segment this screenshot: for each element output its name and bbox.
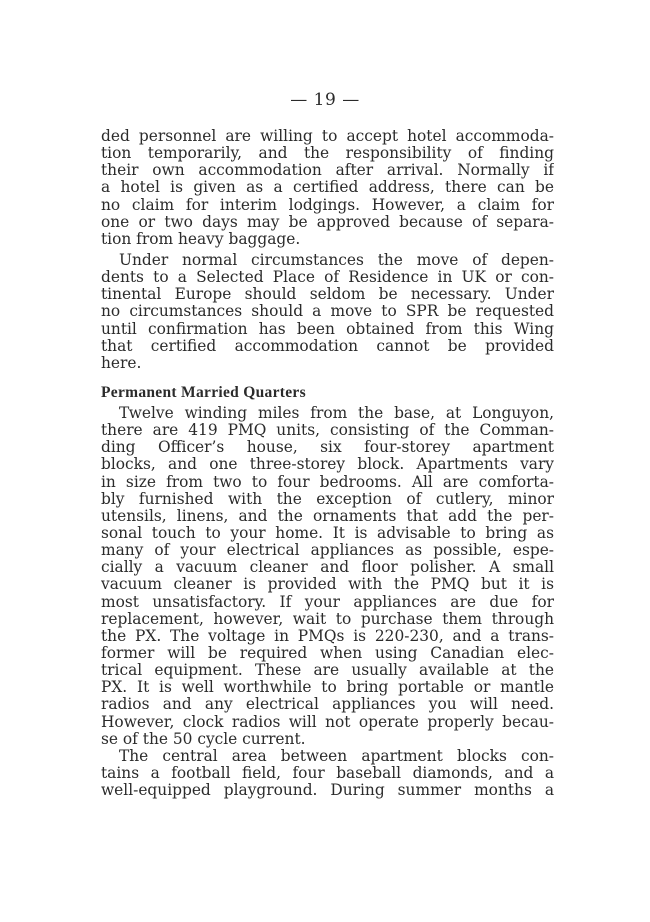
text-line: tion from heavy baggage. xyxy=(101,231,554,248)
text-line: cially a vacuum cleaner and floor polish… xyxy=(101,559,554,576)
text-line: tion temporarily, and the responsibility… xyxy=(101,145,554,162)
text-line: one or two days may be approved because … xyxy=(101,214,554,231)
text-line: radios and any electrical appliances you… xyxy=(101,696,554,713)
text-line: se of the 50 cycle current. xyxy=(101,731,554,748)
page-number: — 19 — xyxy=(0,90,650,110)
text-line: ding Officer’s house, six four-storey ap… xyxy=(101,439,554,456)
text-line: no circumstances should a move to SPR be… xyxy=(101,303,554,320)
text-line: the PX. The voltage in PMQs is 220-230, … xyxy=(101,628,554,645)
text-line: until confirmation has been obtained fro… xyxy=(101,321,554,338)
text-line: well-equipped playground. During summer … xyxy=(101,782,554,799)
text-line: blocks, and one three-storey block. Apar… xyxy=(101,456,554,473)
text-line: utensils, linens, and the ornaments that… xyxy=(101,508,554,525)
text-line: dents to a Selected Place of Residence i… xyxy=(101,269,554,286)
text-line: tinental Europe should seldom be necessa… xyxy=(101,286,554,303)
text-line: in size from two to four bedrooms. All a… xyxy=(101,474,554,491)
paragraph-pmq-section: Twelve winding miles from the base, at L… xyxy=(101,405,554,799)
paragraph-selected-place-of-residence: Under normal circumstances the move of d… xyxy=(101,252,554,372)
text-line: sonal touch to your home. It is advisabl… xyxy=(101,525,554,542)
text-line: most unsatisfactory. If your appliances … xyxy=(101,594,554,611)
text-line: here. xyxy=(101,355,554,372)
text-line: replacement, however, wait to purchase t… xyxy=(101,611,554,628)
text-line: many of your electrical appliances as po… xyxy=(101,542,554,559)
text-line: no claim for interim lodgings. However, … xyxy=(101,197,554,214)
text-line: a hotel is given as a certified address,… xyxy=(101,179,554,196)
paragraph-hotel-accommodation: ded personnel are willing to accept hote… xyxy=(101,128,554,248)
text-line: trical equipment. These are usually avai… xyxy=(101,662,554,679)
section-heading: Permanent Married Quarters xyxy=(101,384,306,402)
text-line: tains a football field, four baseball di… xyxy=(101,765,554,782)
text-line: their own accommodation after arrival. N… xyxy=(101,162,554,179)
text-line: that certified accommodation cannot be p… xyxy=(101,338,554,355)
text-line: Twelve winding miles from the base, at L… xyxy=(101,405,554,422)
text-line: bly furnished with the exception of cutl… xyxy=(101,491,554,508)
text-line: PX. It is well worthwhile to bring porta… xyxy=(101,679,554,696)
text-line: former will be required when using Canad… xyxy=(101,645,554,662)
text-line: The central area between apartment block… xyxy=(101,748,554,765)
text-line: ded personnel are willing to accept hote… xyxy=(101,128,554,145)
text-line: Under normal circumstances the move of d… xyxy=(101,252,554,269)
text-line: vacuum cleaner is provided with the PMQ … xyxy=(101,576,554,593)
text-line: However, clock radios will not operate p… xyxy=(101,714,554,731)
document-page: — 19 — ded personnel are willing to acce… xyxy=(0,0,650,922)
text-line: there are 419 PMQ units, consisting of t… xyxy=(101,422,554,439)
